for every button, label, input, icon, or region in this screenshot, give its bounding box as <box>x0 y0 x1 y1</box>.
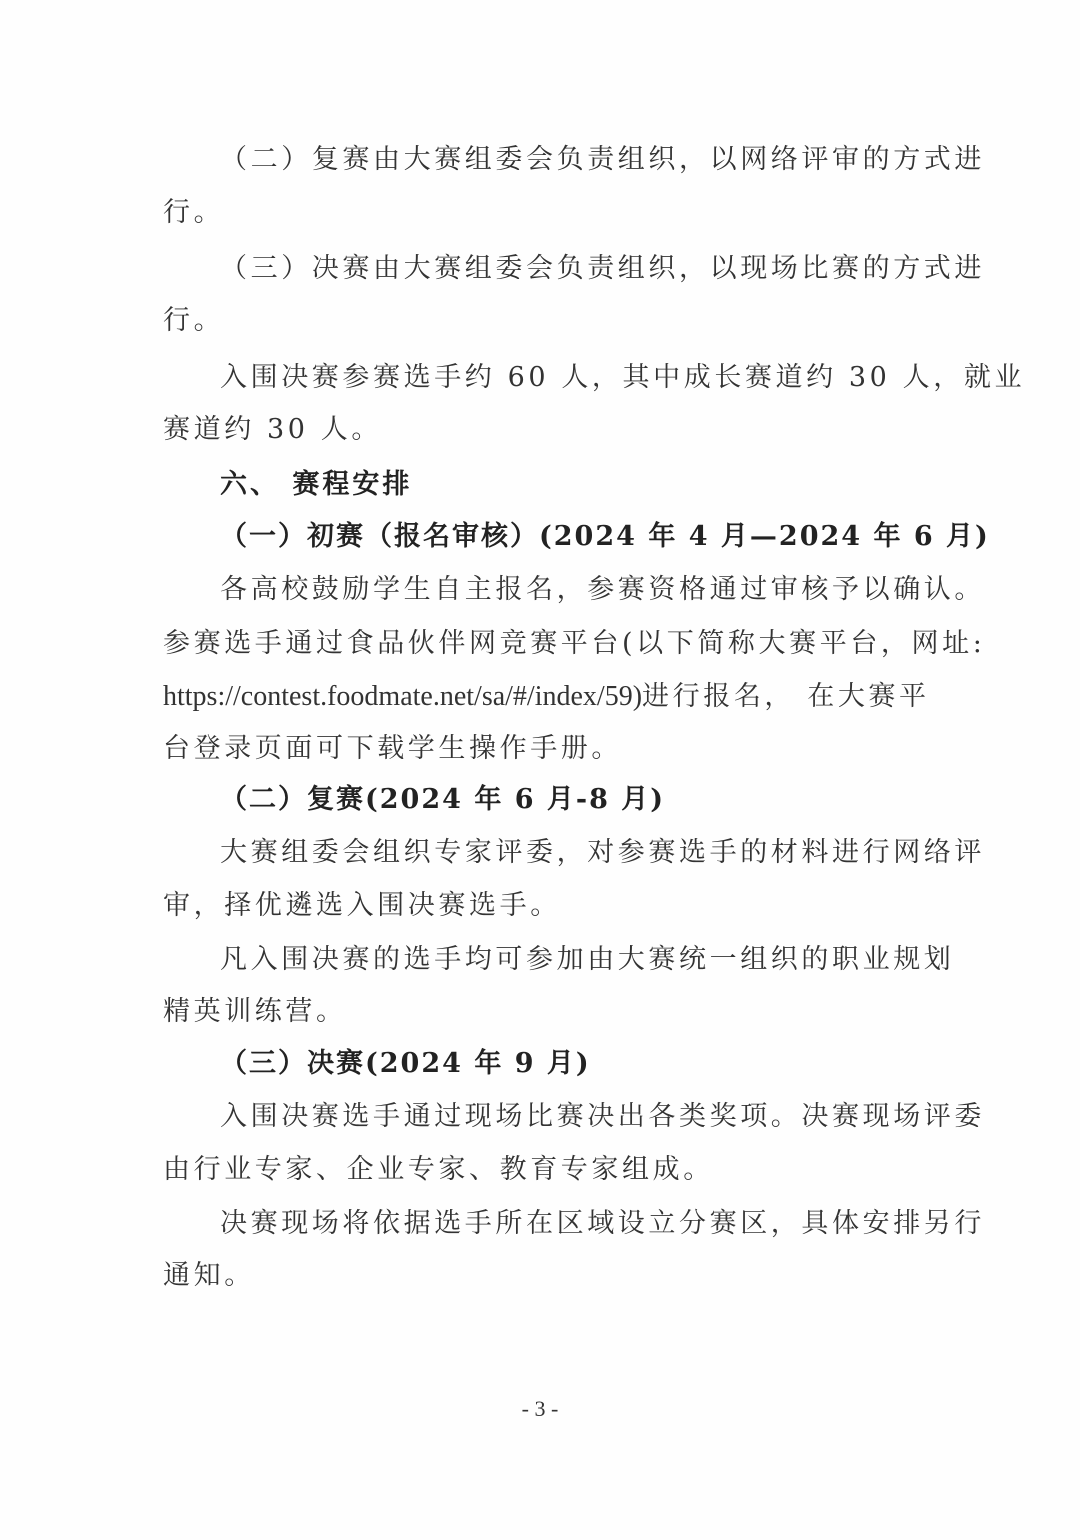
stage2-heading: （二）复赛(2024 年 6 月-8 月) <box>220 780 932 820</box>
stage2-line1: 大赛组委会组织专家评委，对参赛选手的材料进行网络评 <box>220 833 932 873</box>
paragraph-finalist-count: 入围决赛参赛选手约 60 人，其中成长赛道约 30 人，就业 <box>220 358 932 398</box>
stage1-line3-rest: 进行报名， 在大赛平 <box>642 681 930 712</box>
paragraph-final-organizer: （三）决赛由大赛组委会负责组织，以现场比赛的方式进 <box>220 249 932 289</box>
section-heading-schedule: 六、 赛程安排 <box>220 465 932 505</box>
stage2-line3: 凡入围决赛的选手均可参加由大赛统一组织的职业规划 <box>220 940 932 980</box>
stage1-line2: 参赛选手通过食品伙伴网竞赛平台(以下简称大赛平台，网址: <box>163 624 933 664</box>
stage3-line1: 入围决赛选手通过现场比赛决出各类奖项。决赛现场评委 <box>220 1097 932 1137</box>
paragraph-semifinal-organizer-cont: 行。 <box>163 193 933 233</box>
paragraph-final-organizer-cont: 行。 <box>163 301 933 341</box>
stage3-line3: 决赛现场将依据选手所在区域设立分赛区，具体安排另行 <box>220 1204 932 1244</box>
stage1-line1: 各高校鼓励学生自主报名，参赛资格通过审核予以确认。 <box>220 570 932 610</box>
stage1-heading: （一）初赛（报名审核）(2024 年 4 月—2024 年 6 月) <box>220 517 932 557</box>
stage1-line4: 台登录页面可下载学生操作手册。 <box>163 729 933 769</box>
registration-url-link[interactable]: https://contest.foodmate.net/sa/#/index/… <box>163 681 642 712</box>
paragraph-semifinal-organizer: （二）复赛由大赛组委会负责组织，以网络评审的方式进 <box>220 140 932 180</box>
document-page: （二）复赛由大赛组委会负责组织，以网络评审的方式进 行。 （三）决赛由大赛组委会… <box>0 0 1080 1540</box>
stage3-line2: 由行业专家、企业专家、教育专家组成。 <box>163 1150 933 1190</box>
stage3-line4: 通知。 <box>163 1256 933 1296</box>
stage1-line3: https://contest.foodmate.net/sa/#/index/… <box>163 677 933 717</box>
paragraph-finalist-count-cont: 赛道约 30 人。 <box>163 410 933 450</box>
stage3-heading: （三）决赛(2024 年 9 月) <box>220 1044 932 1084</box>
stage2-line4: 精英训练营。 <box>163 992 933 1032</box>
stage2-line2: 审，择优遴选入围决赛选手。 <box>163 886 933 926</box>
page-number: - 3 - <box>0 1396 1080 1422</box>
